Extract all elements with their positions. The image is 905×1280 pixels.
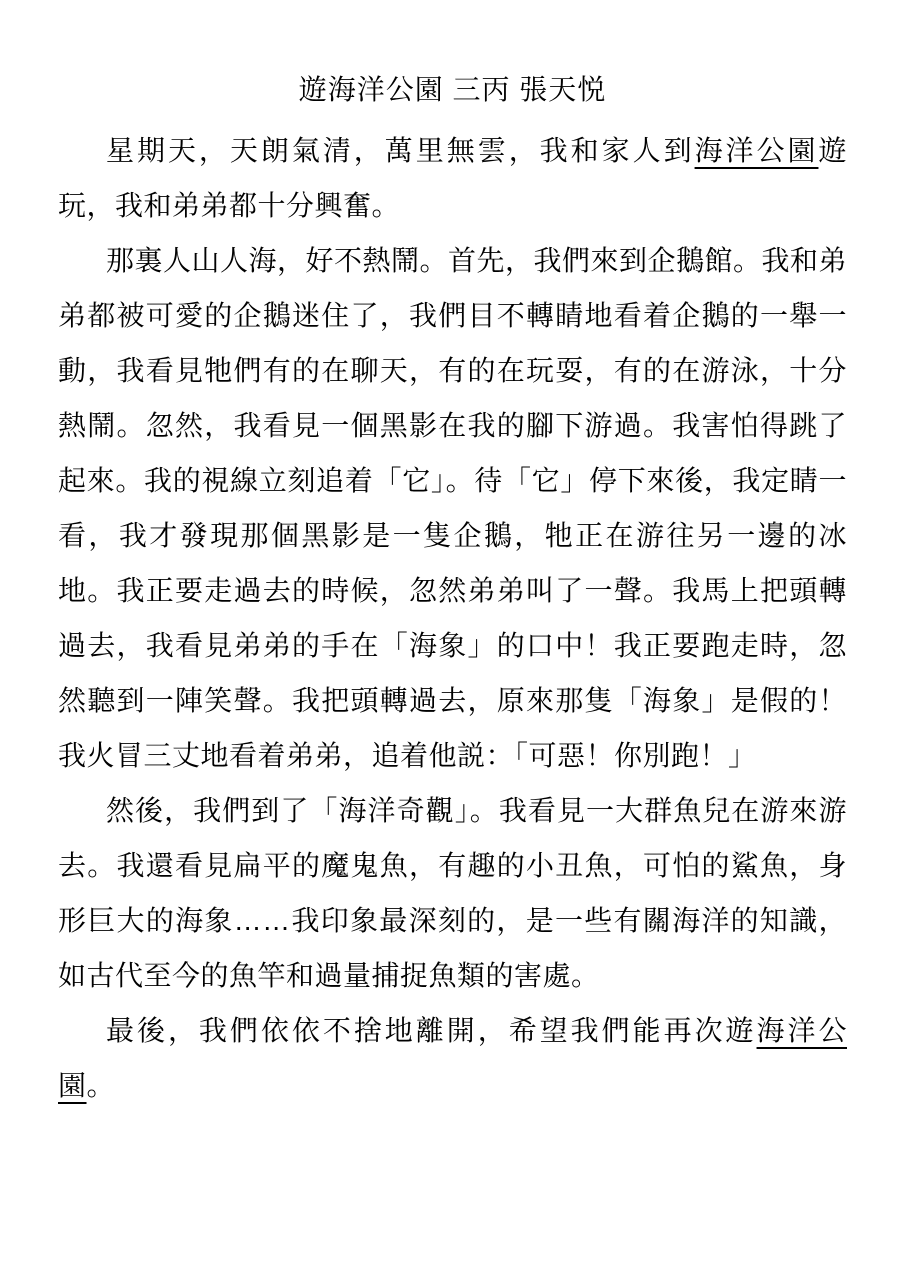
essay-body: 星期天，天朗氣清，萬里無雲，我和家人到海洋公園遊玩，我和弟弟都十分興奮。那裏人山…	[58, 123, 847, 1113]
paragraph-text: 星期天，天朗氣清，萬里無雲，我和家人到	[106, 135, 695, 166]
essay-paragraph: 最後，我們依依不捨地離開，希望我們能再次遊海洋公園。	[58, 1003, 847, 1113]
essay-paragraph: 星期天，天朗氣清，萬里無雲，我和家人到海洋公園遊玩，我和弟弟都十分興奮。	[58, 123, 847, 233]
essay-title: 遊海洋公園 三丙 張天悦	[58, 62, 847, 117]
paragraph-text: 最後，我們依依不捨地離開，希望我們能再次遊	[106, 1015, 757, 1046]
paragraph-text: 。	[87, 1070, 116, 1101]
underlined-text: 海洋公園	[695, 135, 819, 166]
paragraph-text: 然後，我們到了「海洋奇觀」。我看見一大群魚兒在游來游去。我還看見扁平的魔鬼魚，有…	[58, 795, 847, 991]
paragraph-text: 那裏人山人海，好不熱鬧。首先，我們來到企鵝館。我和弟弟都被可愛的企鵝迷住了，我們…	[58, 245, 847, 771]
document-page: 遊海洋公園 三丙 張天悦 星期天，天朗氣清，萬里無雲，我和家人到海洋公園遊玩，我…	[0, 0, 905, 1280]
essay-paragraph: 然後，我們到了「海洋奇觀」。我看見一大群魚兒在游來游去。我還看見扁平的魔鬼魚，有…	[58, 783, 847, 1003]
essay-paragraph: 那裏人山人海，好不熱鬧。首先，我們來到企鵝館。我和弟弟都被可愛的企鵝迷住了，我們…	[58, 233, 847, 783]
